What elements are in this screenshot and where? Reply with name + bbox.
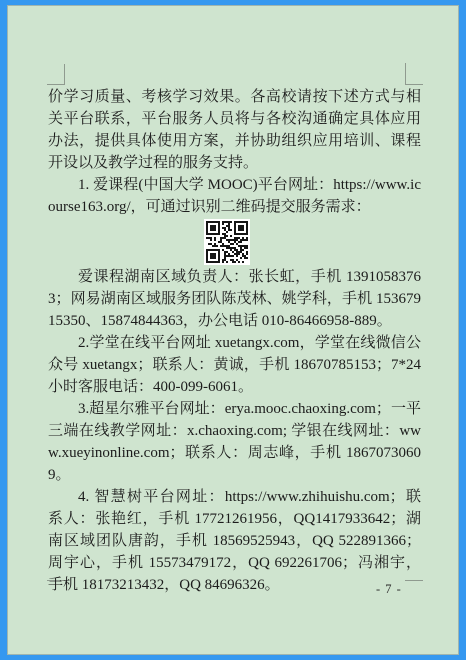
- page-number: - 7 -: [376, 582, 402, 597]
- paragraph-1: 1. 爱课程(中国大学 MOOC)平台网址：https://www.icours…: [48, 174, 421, 218]
- margin-crop-mark-top-left: [47, 64, 65, 85]
- document-page[interactable]: 价学习质量、考核学习效果。各高校请按下述方式与相关平台联系，平台服务人员将与各校…: [7, 5, 459, 655]
- paragraph-5: 3.超星尔雅平台网址：erya.mooc.chaoxing.com；一平三端在线…: [48, 398, 421, 486]
- paragraph-4: 2.学堂在线平台网址 xuetangx.com，学堂在线微信公众号 xuetan…: [48, 332, 421, 398]
- app-background: 价学习质量、考核学习效果。各高校请按下述方式与相关平台联系，平台服务人员将与各校…: [0, 0, 466, 660]
- margin-crop-mark-top-right: [405, 63, 423, 85]
- service-request-qr-code-icon: [204, 219, 250, 265]
- paragraph-0: 价学习质量、考核学习效果。各高校请按下述方式与相关平台联系，平台服务人员将与各校…: [48, 86, 421, 174]
- paragraph-6: 4. 智慧树平台网址：https://www.zhihuishu.com；联系人…: [48, 486, 421, 596]
- document-body: 价学习质量、考核学习效果。各高校请按下述方式与相关平台联系，平台服务人员将与各校…: [48, 86, 421, 596]
- paragraph-3: 爱课程湖南区域负责人：张长虹，手机 13910583763；网易湖南区域服务团队…: [48, 266, 421, 332]
- qr-code: [40, 218, 413, 266]
